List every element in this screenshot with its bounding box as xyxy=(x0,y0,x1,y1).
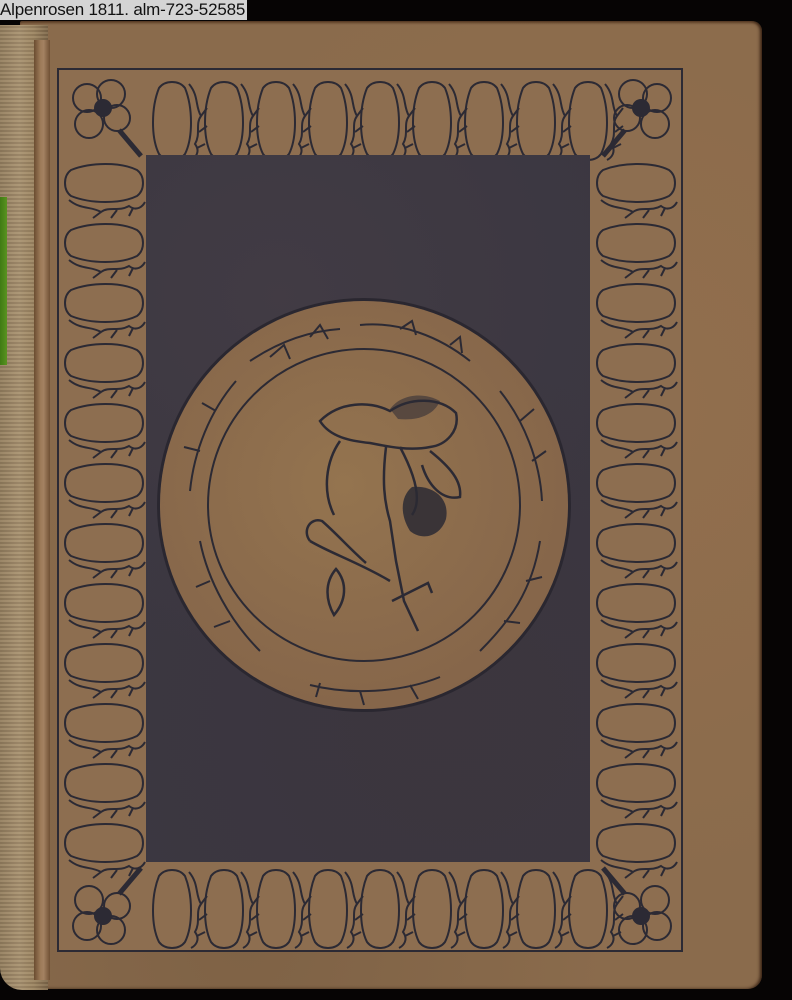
image-caption: Alpenrosen 1811. alm-723-52585 xyxy=(0,0,247,20)
floral-medallion xyxy=(160,301,568,709)
spine-hinge xyxy=(34,40,50,980)
green-spine-tab xyxy=(0,197,7,365)
book-photo xyxy=(0,0,792,1000)
flowering-branch-icon xyxy=(160,301,568,709)
